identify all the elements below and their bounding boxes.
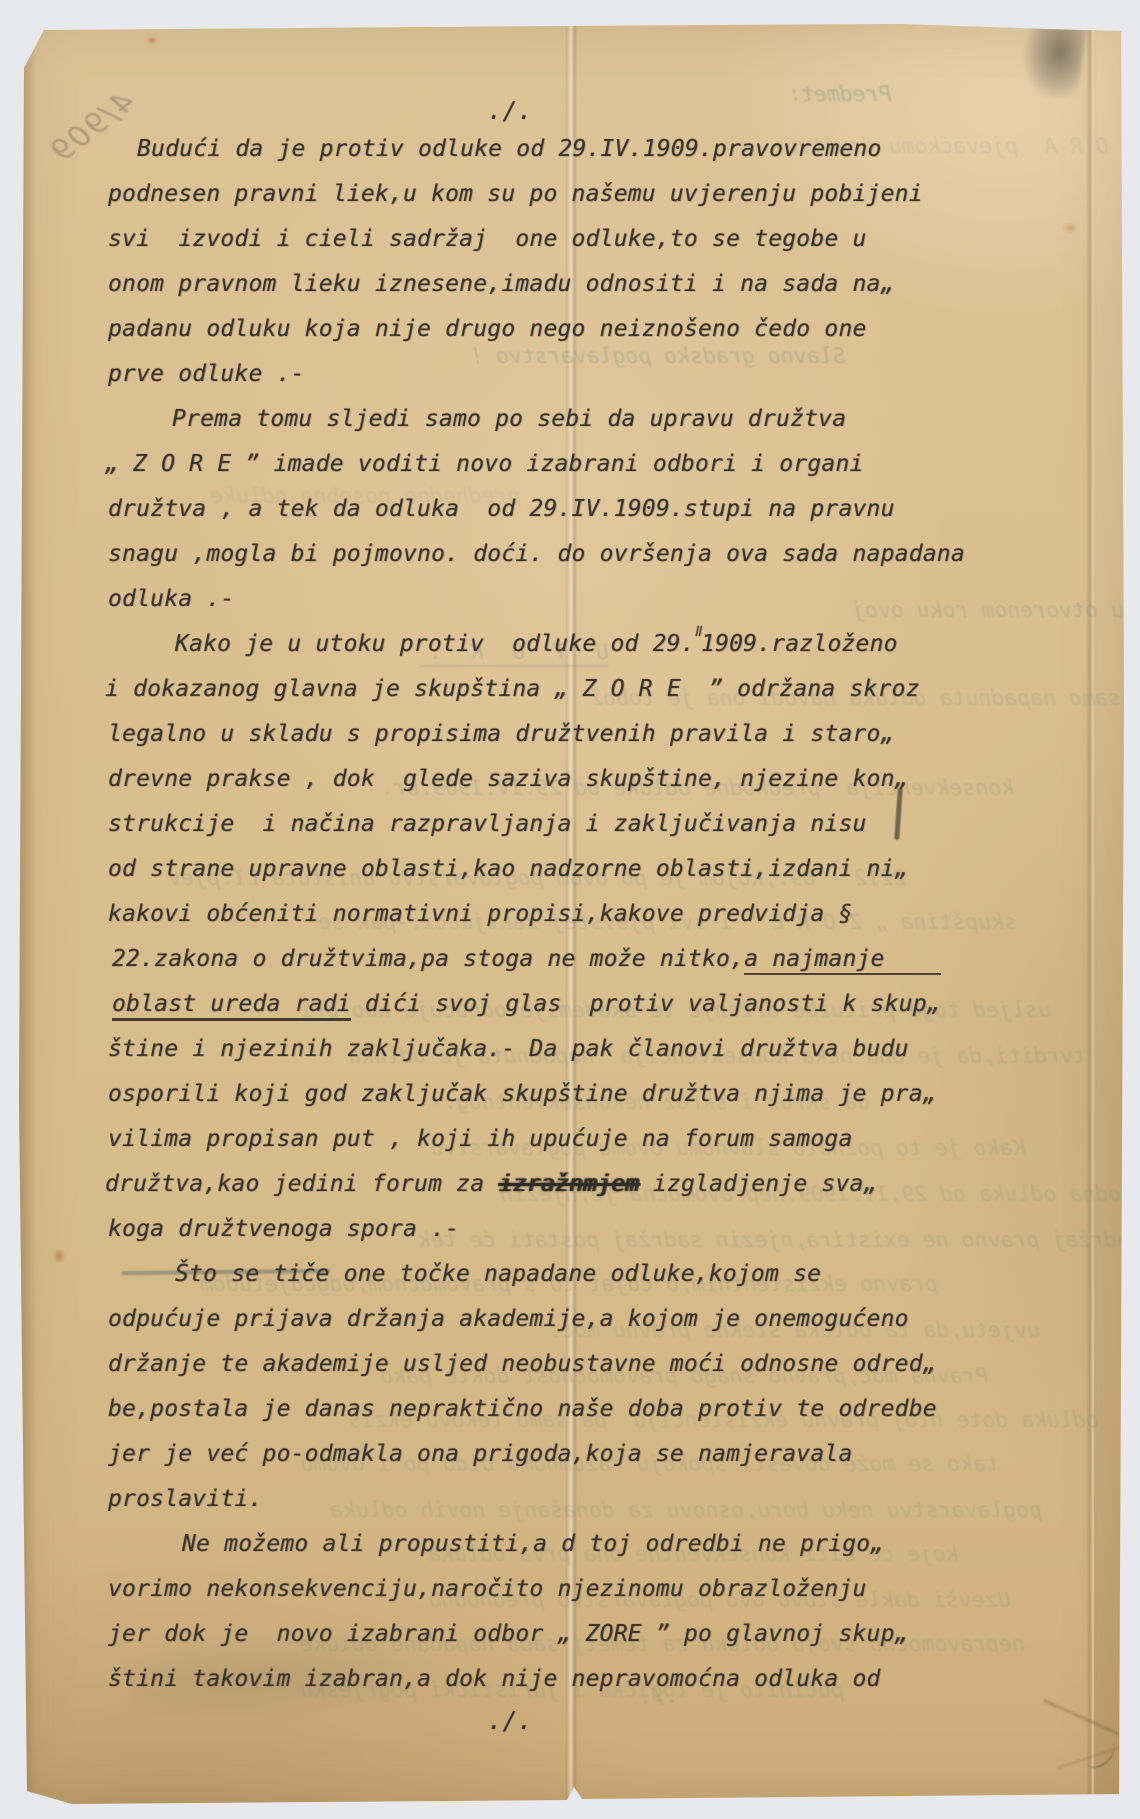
typed-line: osporili koji god zaključak skupštine dr… <box>108 1081 937 1107</box>
margin-ink-stroke <box>894 788 903 840</box>
typed-line: koga družtvenoga spora .- <box>108 1216 459 1242</box>
typed-line: Kako je u utoku protiv odluke od 29.II19… <box>175 631 898 657</box>
typed-line: odpućuje prijava držanja akademije,a koj… <box>108 1306 909 1332</box>
typed-line: proslaviti. <box>108 1486 263 1512</box>
foxing-spot <box>786 14 808 24</box>
typed-line: drevne prakse , dok glede saziva skupšti… <box>108 766 909 792</box>
typed-text: ./. ./. Budući da je protiv odluke od 29… <box>0 0 1140 1819</box>
page-continuation-mark-bottom: ./. <box>110 1706 910 1735</box>
typed-line: družtva,kao jedini forum za izražnmjem i… <box>105 1171 878 1197</box>
typed-line: „ Z O R E ” imade voditi novo izabrani o… <box>105 451 864 477</box>
page-continuation-mark-top: ./. <box>110 96 910 125</box>
typed-line: Budući da je protiv odluke od 29.IV.1909… <box>137 136 882 162</box>
typed-line: Ne možemo ali propustiti,a d toj odredbi… <box>182 1531 884 1557</box>
typed-line: držanje te akademije usljed neobustavne … <box>108 1351 937 1377</box>
typed-line: jer je već po-odmakla ona prigoda,koja s… <box>108 1441 853 1467</box>
typed-line: be,postala je danas nepraktično naše dob… <box>108 1396 937 1422</box>
typed-line: prve odluke .- <box>108 361 305 387</box>
typed-line: odluka .- <box>108 586 234 612</box>
typed-line: jer dok je novo izabrani odbor „ ZORE ” … <box>108 1621 909 1647</box>
typed-line: štine i njezinih zaključaka.- Da pak čla… <box>108 1036 909 1062</box>
typed-line: od strane upravne oblasti,kao nadzorne o… <box>108 856 909 882</box>
typed-line: 22.zakona o družtvima,pa stoga ne može n… <box>112 946 941 972</box>
typed-line: oblast ureda radi dići svoj glas protiv … <box>112 991 941 1017</box>
document-scan: 4/909 Predmet:Z O R A pjevačkomu družtvu… <box>0 0 1140 1819</box>
typed-line: podnesen pravni liek,u kom su po našemu … <box>108 181 923 207</box>
typed-line: legalno u skladu s propisima družtvenih … <box>108 721 895 747</box>
typed-line: družtva , a tek da odluka od 29.IV.1909.… <box>108 496 895 522</box>
typed-line: vilima propisan put , koji ih upućuje na… <box>108 1126 853 1152</box>
typed-line: snagu ,mogla bi pojmovno. doći. do ovrše… <box>108 541 965 567</box>
typed-line: kakovi obćeniti normativni propisi,kakov… <box>108 901 853 927</box>
typed-line: štini takovim izabran,a dok nije nepravo… <box>108 1666 881 1692</box>
typed-line: svi izvodi i cieli sadržaj one odluke,to… <box>108 226 867 252</box>
typed-line: padanu odluku koja nije drugo nego neizn… <box>108 316 867 342</box>
typed-line: i dokazanog glavna je skupština „ Z O R … <box>105 676 920 702</box>
typed-line: vorimo nekonsekvenciju,naročito njezinom… <box>108 1576 867 1602</box>
typed-line: Prema tomu sljedi samo po sebi da upravu… <box>172 406 846 432</box>
typed-line: strukcije i načina razpravljanja i zaklj… <box>108 811 867 837</box>
typed-line: Što se tiče one točke napadane odluke,ko… <box>175 1261 821 1287</box>
paper-sheet: 4/909 Predmet:Z O R A pjevačkomu družtvu… <box>0 0 1140 1819</box>
typed-line: onom pravnom lieku iznesene,imadu odnosi… <box>108 271 895 297</box>
